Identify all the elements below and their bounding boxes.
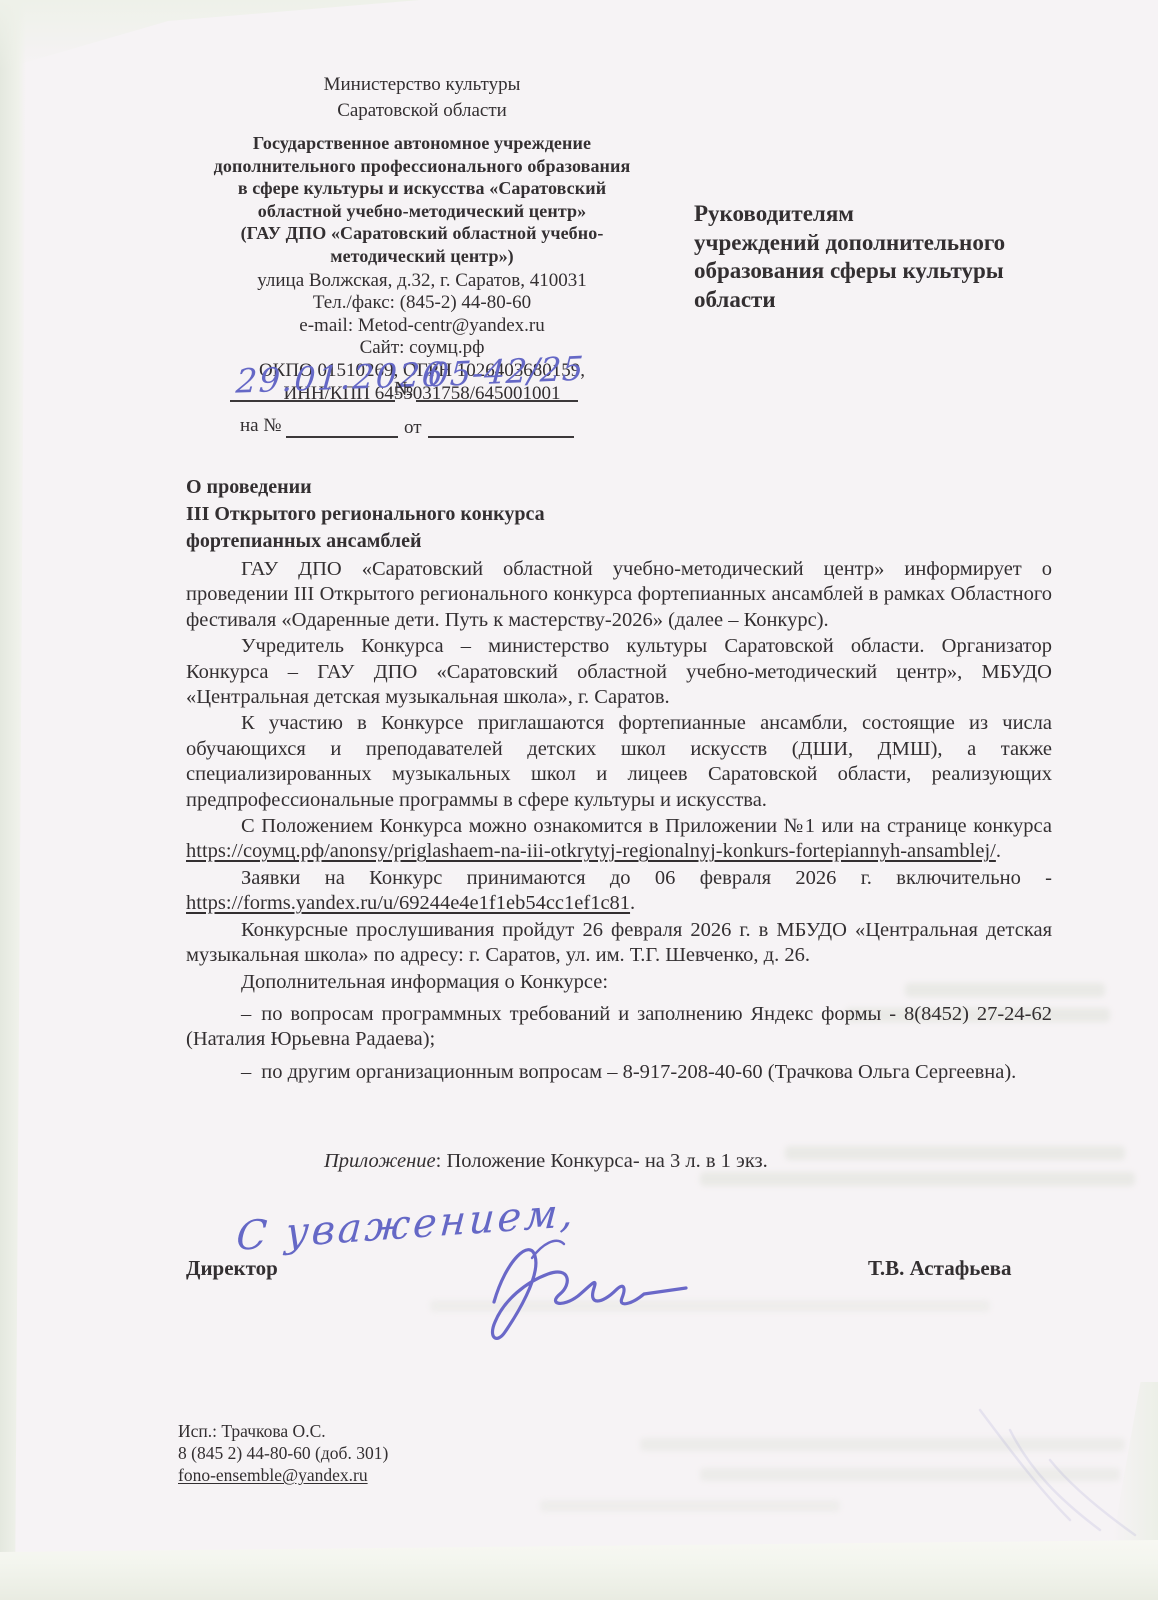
- addressee-line: образования сферы культуры: [694, 257, 1044, 286]
- paragraph-text: ГАУ ДПО «Саратовский областной учебно-ме…: [186, 558, 1052, 631]
- org-line: методический центр»): [132, 245, 712, 268]
- attachment-label: Приложение: [324, 1150, 436, 1172]
- paragraph-text: .: [996, 840, 1001, 862]
- paragraph-text: Дополнительная информация о Конкурсе:: [241, 971, 608, 993]
- body-paragraph: С Положением Конкурса можно ознакомится …: [186, 814, 1052, 865]
- subject-line: III Открытого регионального конкурса: [186, 501, 706, 528]
- contact-email: e-mail: Metod-centr@yandex.ru: [132, 315, 712, 338]
- addressee-line: учреждений дополнительного: [694, 229, 1044, 258]
- subject-line: О проведении: [186, 474, 706, 501]
- org-line: дополнительного профессионального образо…: [132, 155, 712, 178]
- reply-number-label: на №: [240, 415, 281, 437]
- addressee-line: области: [694, 286, 1044, 315]
- bullet-dash: –: [241, 1061, 251, 1083]
- paragraph-text: К участию в Конкурсе приглашаются фортеп…: [186, 712, 1052, 810]
- contest-page-url: https://соумц.рф/anonsy/priglashaem-na-i…: [186, 840, 996, 862]
- reply-date-underline: [428, 436, 574, 438]
- organization-name: Государственное автономное учреждение до…: [132, 132, 712, 268]
- bullet-dash: –: [241, 1003, 251, 1025]
- paragraph-text: Заявки на Конкурс принимаются до 06 февр…: [241, 867, 1052, 889]
- executor-phone: 8 (845 2) 44-80-60 (доб. 301): [178, 1442, 388, 1464]
- body-paragraph: Учредитель Конкурса – министерство культ…: [186, 634, 1052, 710]
- addressee-block: Руководителям учреждений дополнительного…: [694, 200, 1044, 314]
- executor-email: fono-ensemble@yandex.ru: [178, 1464, 388, 1486]
- application-form-url: https://forms.yandex.ru/u/69244e4e1f1eb5…: [186, 892, 630, 914]
- letter-body: ГАУ ДПО «Саратовский областной учебно-ме…: [186, 557, 1052, 1086]
- addressee-line: Руководителям: [694, 200, 1044, 229]
- paragraph-text: Учредитель Конкурса – министерство культ…: [186, 635, 1052, 708]
- body-bullet-item: –по вопросам программных требований и за…: [186, 1002, 1052, 1053]
- body-bullet-item: –по другим организационным вопросам – 8-…: [186, 1060, 1052, 1085]
- paragraph-text: С Положением Конкурса можно ознакомится …: [241, 815, 1052, 837]
- date-underline: [230, 400, 395, 402]
- attachment-text: : Положение Конкурса- на 3 л. в 1 экз.: [436, 1150, 768, 1172]
- paragraph-text: .: [630, 892, 635, 914]
- bullet-text: по вопросам программных требований и зап…: [186, 1003, 1052, 1050]
- paragraph-text: Конкурсные прослушивания пройдут 26 февр…: [186, 919, 1052, 966]
- body-paragraph: Конкурсные прослушивания пройдут 26 февр…: [186, 918, 1052, 969]
- number-sign: №: [394, 378, 413, 401]
- body-paragraph: К участию в Конкурсе приглашаются фортеп…: [186, 711, 1052, 813]
- reply-date-label: от: [404, 417, 422, 439]
- org-line: в сфере культуры и искусства «Саратовски…: [132, 177, 712, 200]
- signer-role: Директор: [186, 1256, 278, 1281]
- body-paragraph: Дополнительная информация о Конкурсе:: [186, 970, 1052, 995]
- attachment-line: Приложение: Положение Конкурса- на 3 л. …: [186, 1150, 1052, 1173]
- org-line: (ГАУ ДПО «Саратовский областной учебно-: [132, 222, 712, 245]
- handwritten-date: 29.01.2026: [235, 354, 447, 400]
- subject-block: О проведении III Открытого регионального…: [186, 474, 706, 555]
- subject-line: фортепианных ансамблей: [186, 528, 706, 555]
- body-paragraph: Заявки на Конкурс принимаются до 06 февр…: [186, 866, 1052, 917]
- executor-block: Исп.: Трачкова О.С. 8 (845 2) 44-80-60 (…: [178, 1420, 388, 1486]
- ministry-name: Министерство культуры Саратовской област…: [132, 72, 712, 124]
- contact-phone: Тел./факс: (845-2) 44-80-60: [132, 292, 712, 315]
- number-underline: [416, 400, 578, 402]
- scanned-letter-page: { "colors": { "paper": "#f6f3f5", "scan_…: [0, 0, 1158, 1600]
- scan-edge-top: [0, 0, 420, 70]
- contact-address: улица Волжская, д.32, г. Саратов, 410031: [132, 270, 712, 293]
- signature-scribble: [472, 1222, 702, 1340]
- executor-name: Исп.: Трачкова О.С.: [178, 1420, 388, 1442]
- scan-edge-left: [0, 0, 26, 1600]
- signer-name: Т.В. Астафьева: [868, 1256, 1012, 1281]
- ministry-line: Саратовской области: [132, 98, 712, 124]
- bleed-through-artifact: [540, 1500, 840, 1512]
- handwritten-ref-number: 05-42/25: [427, 349, 585, 395]
- body-paragraph: ГАУ ДПО «Саратовский областной учебно-ме…: [186, 557, 1052, 633]
- bleed-through-artifact: [700, 1172, 1135, 1186]
- bleed-through-signature: [950, 1400, 1150, 1550]
- org-line: областной учебно-методический центр»: [132, 200, 712, 223]
- org-line: Государственное автономное учреждение: [132, 132, 712, 155]
- bullet-text: по другим организационным вопросам – 8-9…: [261, 1061, 1016, 1083]
- reply-number-underline: [286, 436, 398, 438]
- ministry-line: Министерство культуры: [132, 72, 712, 98]
